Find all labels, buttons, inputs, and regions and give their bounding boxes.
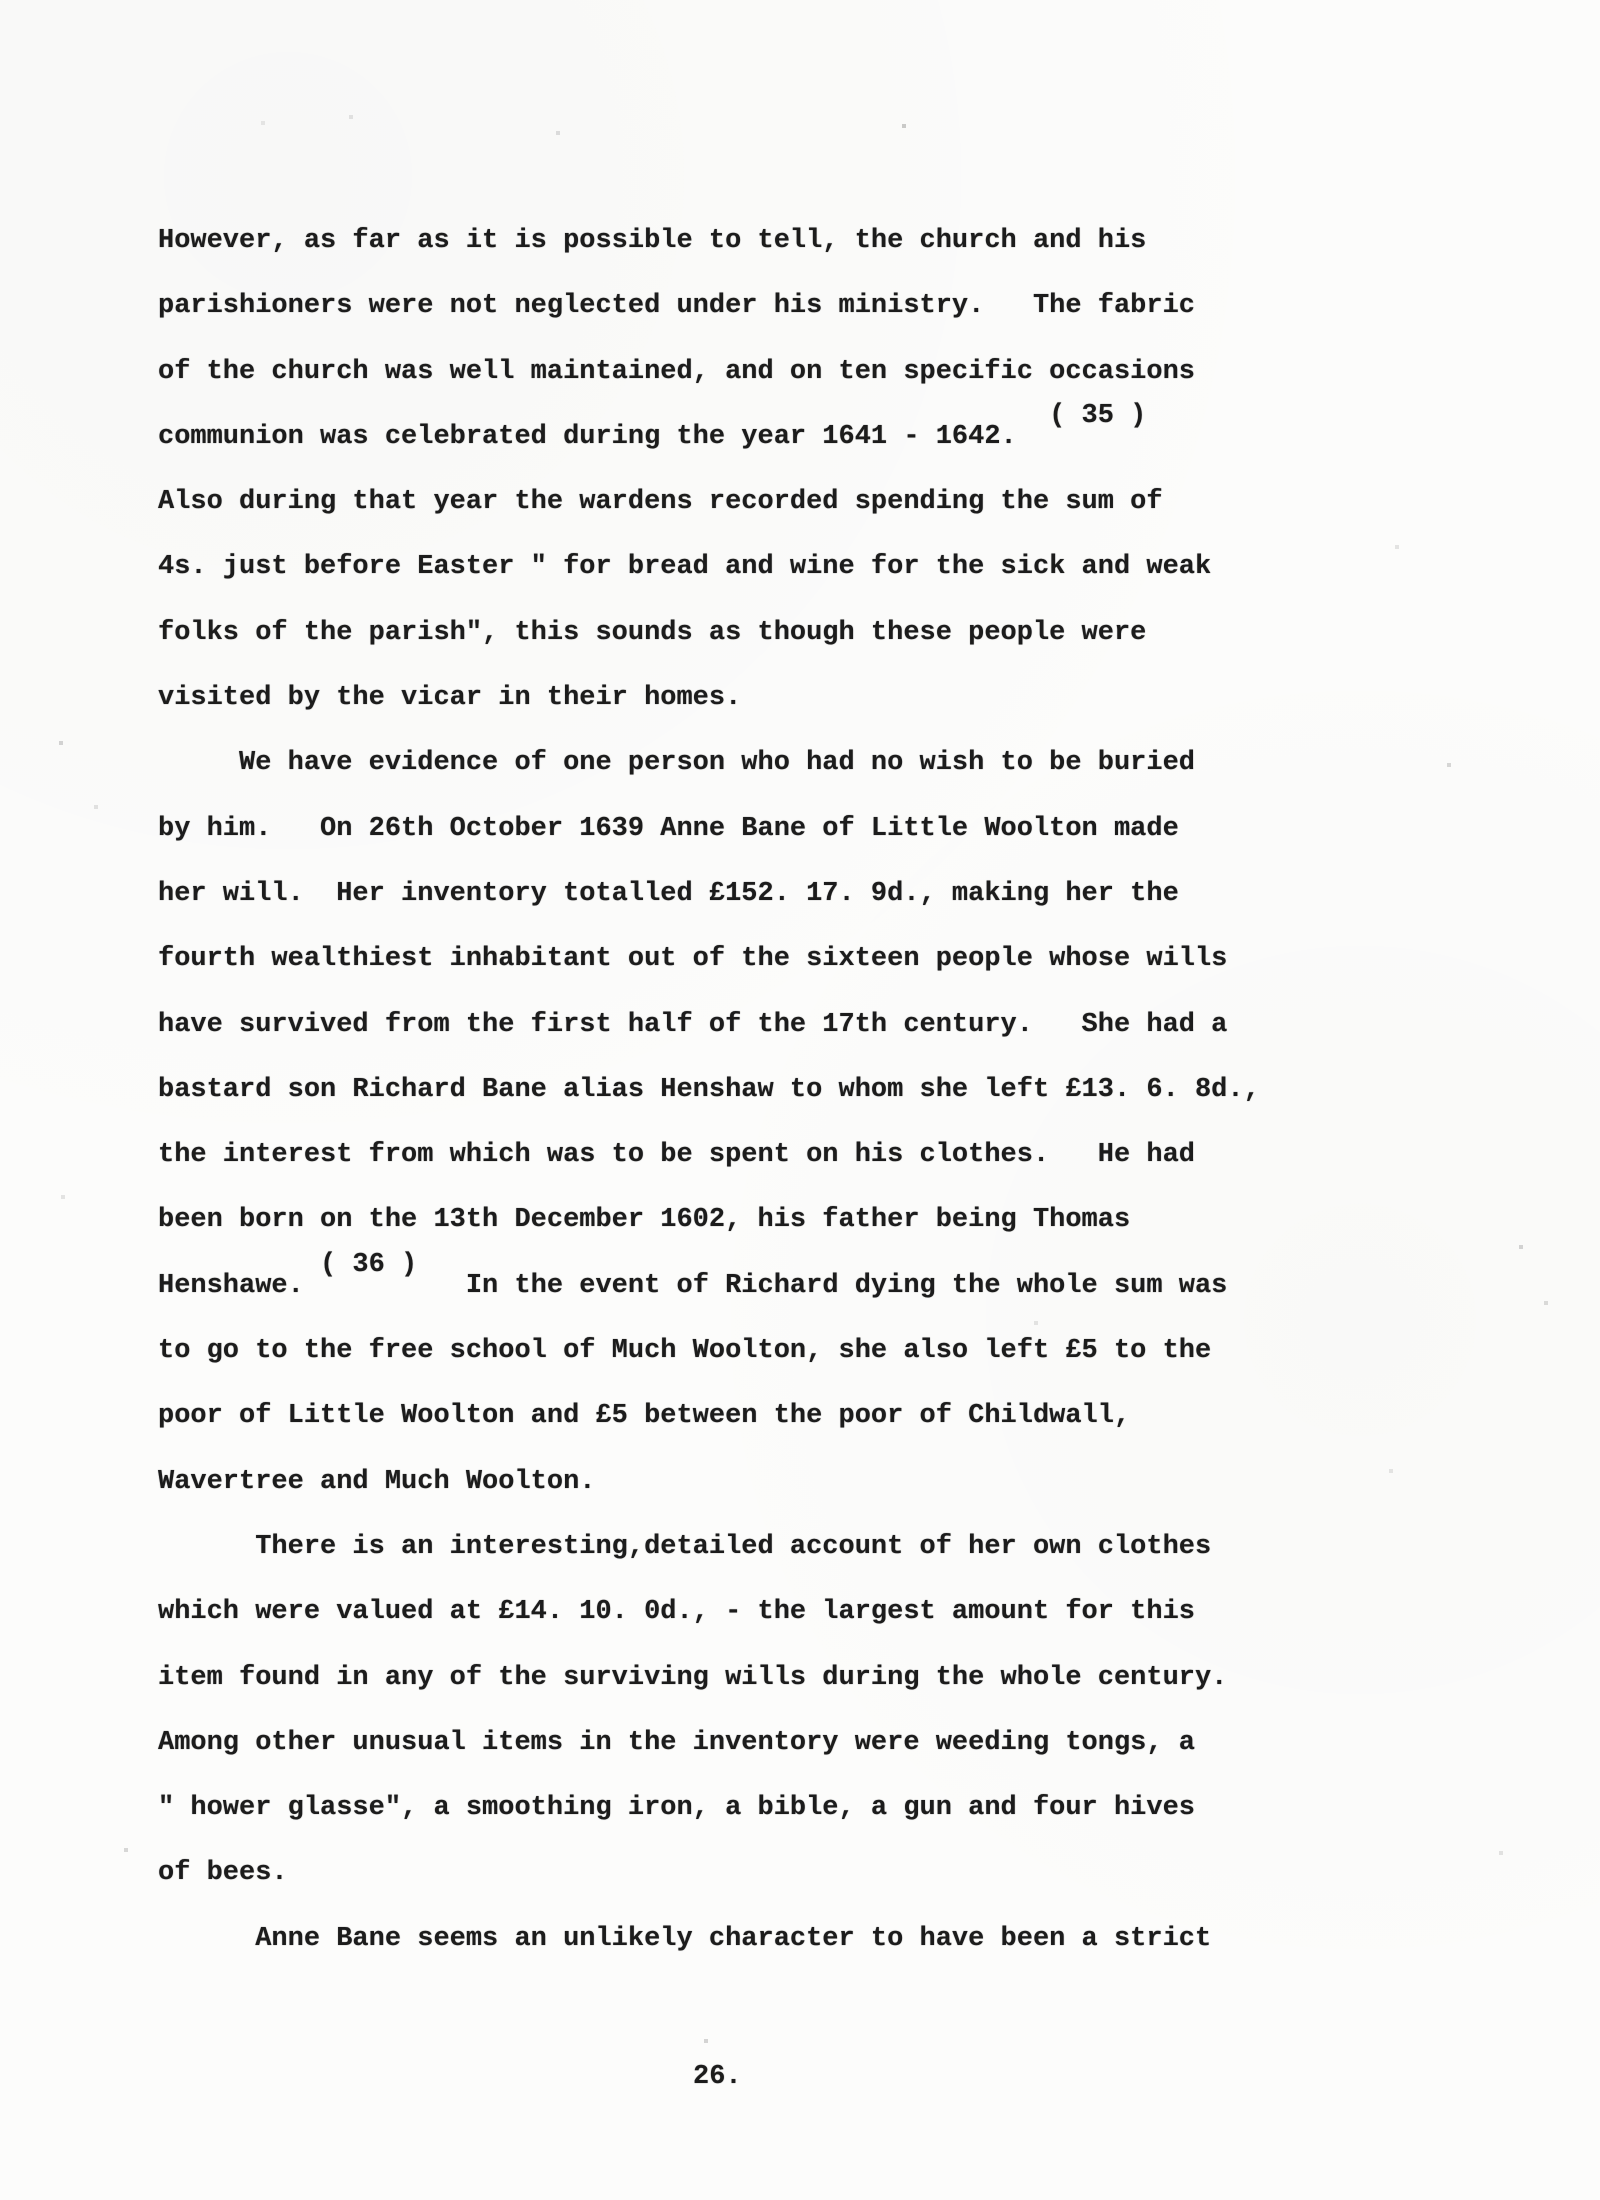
text-segment: by him. On 26th October 1639 Anne Bane o… [158, 814, 1179, 844]
text-line: Among other unusual items in the invento… [158, 1711, 1260, 1776]
text-segment: bastard son Richard Bane alias Henshaw t… [158, 1075, 1260, 1105]
text-segment: In the event of Richard dying the whole … [417, 1271, 1227, 1301]
text-segment: 4s. just before Easter " for bread and w… [158, 552, 1211, 582]
text-segment: item found in any of the surviving wills… [158, 1663, 1227, 1693]
paragraph: We have evidence of one person who had n… [158, 731, 1260, 1515]
footnote-reference: ( 36 ) [320, 1250, 417, 1280]
footnote-reference: ( 35 ) [1017, 401, 1147, 431]
text-segment: visited by the vicar in their homes. [158, 683, 741, 713]
text-segment: There is an interesting,detailed account… [158, 1532, 1211, 1562]
paper-speckles [0, 0, 2, 2]
text-segment: Anne Bane seems an unlikely character to… [158, 1924, 1211, 1954]
text-line: visited by the vicar in their homes. [158, 666, 1260, 731]
text-line: Anne Bane seems an unlikely character to… [158, 1907, 1260, 1972]
text-segment: have survived from the first half of the… [158, 1010, 1227, 1040]
text-segment: However, as far as it is possible to tel… [158, 226, 1146, 256]
text-line: Henshawe. ( 36 ) In the event of Richard… [158, 1254, 1260, 1319]
text-line: the interest from which was to be spent … [158, 1123, 1260, 1188]
text-segment: her will. Her inventory totalled £152. 1… [158, 879, 1179, 909]
text-segment: We have evidence of one person who had n… [158, 748, 1195, 778]
text-line: have survived from the first half of the… [158, 993, 1260, 1058]
text-segment: to go to the free school of Much Woolton… [158, 1336, 1211, 1366]
paragraph: There is an interesting,detailed account… [158, 1515, 1260, 1907]
text-line: folks of the parish", this sounds as tho… [158, 601, 1260, 666]
paragraph: However, as far as it is possible to tel… [158, 209, 1260, 731]
text-line: communion was celebrated during the year… [158, 405, 1260, 470]
text-line: by him. On 26th October 1639 Anne Bane o… [158, 797, 1260, 862]
text-line: to go to the free school of Much Woolton… [158, 1319, 1260, 1384]
paragraph: Anne Bane seems an unlikely character to… [158, 1907, 1260, 1972]
text-line: Also during that year the wardens record… [158, 470, 1260, 535]
text-line: fourth wealthiest inhabitant out of the … [158, 927, 1260, 992]
text-line: item found in any of the surviving wills… [158, 1646, 1260, 1711]
text-segment: Henshawe. [158, 1271, 320, 1301]
text-segment: folks of the parish", this sounds as tho… [158, 618, 1146, 648]
text-line: poor of Little Woolton and £5 between th… [158, 1384, 1260, 1449]
text-segment: of the church was well maintained, and o… [158, 357, 1195, 387]
text-line: There is an interesting,detailed account… [158, 1515, 1260, 1580]
text-line: of the church was well maintained, and o… [158, 340, 1260, 405]
text-line: which were valued at £14. 10. 0d., - the… [158, 1580, 1260, 1645]
text-line: been born on the 13th December 1602, his… [158, 1188, 1260, 1253]
text-line: bastard son Richard Bane alias Henshaw t… [158, 1058, 1260, 1123]
page-number: 26. [693, 2045, 742, 2110]
text-segment: parishioners were not neglected under hi… [158, 291, 1195, 321]
text-line: of bees. [158, 1841, 1260, 1906]
document-body: However, as far as it is possible to tel… [158, 209, 1260, 1972]
text-segment: Among other unusual items in the invento… [158, 1728, 1195, 1758]
text-line: 4s. just before Easter " for bread and w… [158, 535, 1260, 600]
text-line: However, as far as it is possible to tel… [158, 209, 1260, 274]
text-line: Wavertree and Much Woolton. [158, 1450, 1260, 1515]
text-segment: Also during that year the wardens record… [158, 487, 1163, 517]
text-segment: communion was celebrated during the year… [158, 422, 1017, 452]
text-line: We have evidence of one person who had n… [158, 731, 1260, 796]
text-segment: " hower glasse", a smoothing iron, a bib… [158, 1793, 1195, 1823]
text-line: parishioners were not neglected under hi… [158, 274, 1260, 339]
text-segment: which were valued at £14. 10. 0d., - the… [158, 1597, 1195, 1627]
text-segment: been born on the 13th December 1602, his… [158, 1205, 1130, 1235]
document-page: However, as far as it is possible to tel… [0, 0, 1600, 2200]
text-line: " hower glasse", a smoothing iron, a bib… [158, 1776, 1260, 1841]
text-line: her will. Her inventory totalled £152. 1… [158, 862, 1260, 927]
text-segment: Wavertree and Much Woolton. [158, 1467, 595, 1497]
text-segment: the interest from which was to be spent … [158, 1140, 1195, 1170]
text-segment: poor of Little Woolton and £5 between th… [158, 1401, 1130, 1431]
text-segment: of bees. [158, 1858, 288, 1888]
text-segment: fourth wealthiest inhabitant out of the … [158, 944, 1227, 974]
